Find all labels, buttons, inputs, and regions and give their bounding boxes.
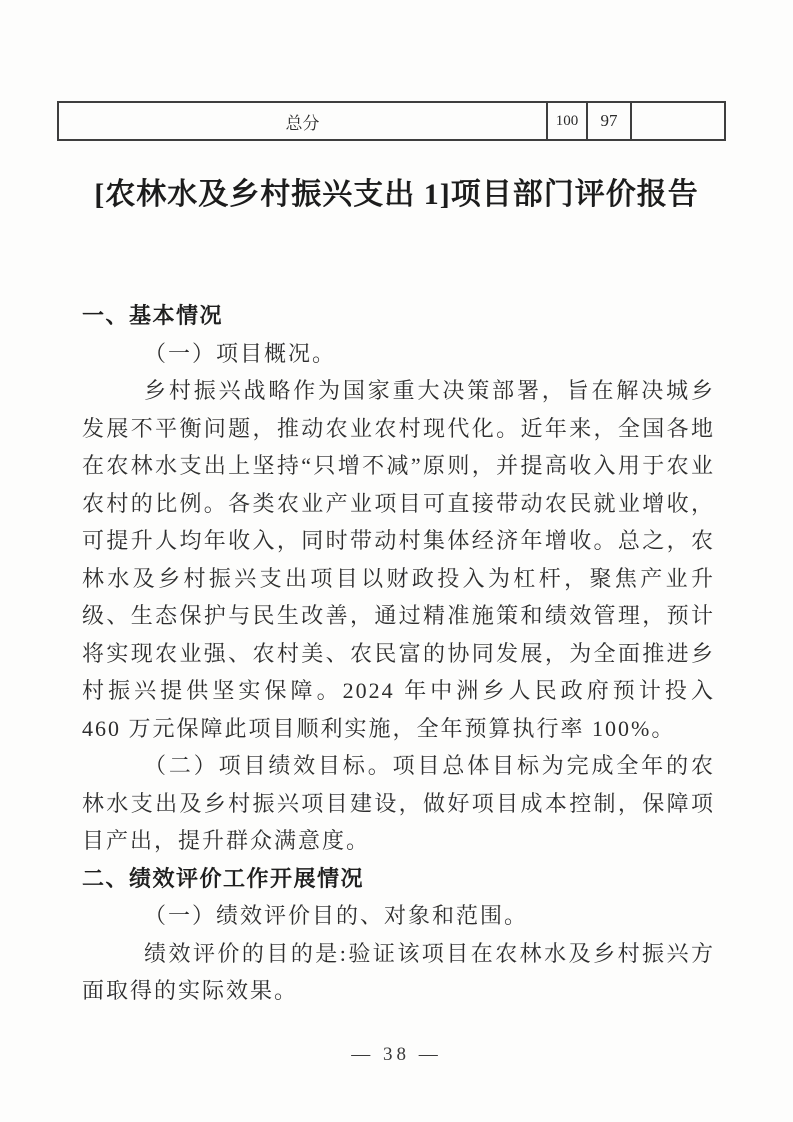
- empty-note-cell: [631, 102, 725, 140]
- score-table: 总分 100 97: [57, 101, 726, 141]
- paragraph-evaluation-purpose: 绩效评价的目的是:验证该项目在农林水及乡村振兴方面取得的实际效果。: [82, 935, 715, 1010]
- section-heading-evaluation-work: 二、绩效评价工作开展情况: [82, 860, 715, 898]
- max-score-cell: 100: [547, 102, 587, 140]
- section-heading-basic-info: 一、基本情况: [82, 297, 715, 335]
- document-page: 总分 100 97 [农林水及乡村振兴支出 1]项目部门评价报告 一、基本情况 …: [0, 0, 793, 1122]
- total-score-label-cell: 总分: [58, 102, 547, 140]
- subsection-heading-evaluation-scope: （一）绩效评价目的、对象和范围。: [82, 897, 715, 935]
- table-row: 总分 100 97: [58, 102, 725, 140]
- paragraph-project-overview: 乡村振兴战略作为国家重大决策部署，旨在解决城乡发展不平衡问题，推动农业农村现代化…: [82, 372, 715, 747]
- document-title: [农林水及乡村振兴支出 1]项目部门评价报告: [91, 174, 702, 215]
- page-number: — 38 —: [0, 1044, 793, 1066]
- subsection-heading-project-overview: （一）项目概况。: [82, 335, 715, 373]
- document-body: 一、基本情况 （一）项目概况。 乡村振兴战略作为国家重大决策部署，旨在解决城乡发…: [82, 297, 715, 1010]
- actual-score-cell: 97: [587, 102, 631, 140]
- paragraph-performance-goals: （二）项目绩效目标。项目总体目标为完成全年的农林水支出及乡村振兴项目建设，做好项…: [82, 747, 715, 860]
